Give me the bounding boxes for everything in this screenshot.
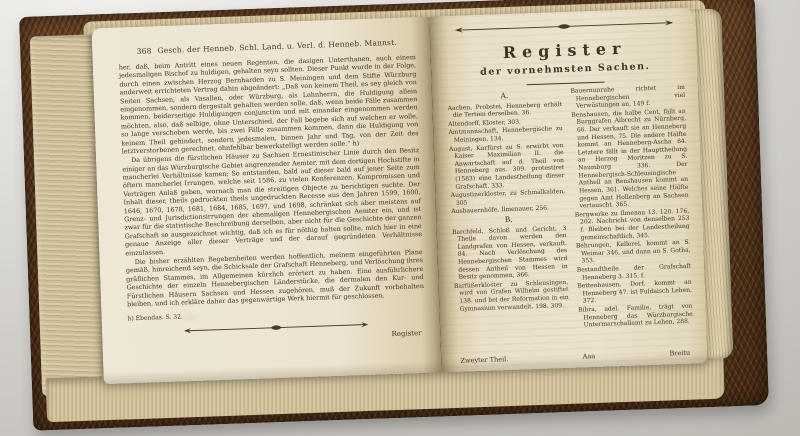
register-column-left: A. Aachen, Probstei, Henneberg erhält di… [447, 88, 570, 354]
page-number: 368 [137, 46, 152, 56]
register-title: Register [445, 37, 683, 64]
signature-mark: Aaa [583, 352, 596, 360]
register-entry: Behrungen, Kellerei, kommt an S. Weimar … [576, 239, 691, 266]
paragraph: her, daß, beim Antritt eines neuen Regen… [119, 53, 419, 156]
footnote: h) Ebendas. S. 32. [127, 305, 424, 322]
register-entry: Bibra, adel. Familie, trägt von Henneber… [578, 303, 693, 330]
register-entry: August, Kurfürst zu S. erwirbt von Kaise… [449, 142, 565, 192]
swelled-rule-icon [454, 18, 673, 35]
register-entry: Bergwerke zu Ilmenau 13. 120. 176, 202. … [575, 207, 690, 241]
register-entry: Barchfeld, Schloß und Gericht, 3 Theile … [452, 225, 568, 282]
register-entry: Bettenhausen, Dorf, kommt an Henneberg 4… [577, 279, 692, 306]
catchword: Breitu [669, 349, 690, 358]
signature-title: Zweyter Theil. [460, 355, 508, 365]
photo-background: 368Gesch. der Henneb. Schl. Land. u. Ver… [0, 0, 800, 436]
left-page-body: her, daß, beim Antritt eines neuen Regen… [119, 53, 425, 309]
open-book: 368Gesch. der Henneb. Schl. Land. u. Ver… [19, 0, 769, 431]
register-entry: Bauernunruhe richtet im Hennebergischen … [570, 84, 685, 111]
running-header-title: Gesch. der Henneb. Schl. Land. u. Verl. … [157, 38, 397, 55]
title-divider [527, 82, 605, 86]
paragraph: Die bisher erzählten Begebenheiten werde… [125, 248, 424, 309]
paragraph: Da übrigens die fürstlichen Häuser zu Sa… [122, 146, 423, 257]
left-page: 368Gesch. der Henneb. Schl. Land. u. Ver… [91, 17, 441, 385]
register-columns: A. Aachen, Probstei, Henneberg erhält di… [447, 84, 694, 354]
register-column-right: Bauernunruhe richtet im Hennebergischen … [570, 84, 693, 350]
right-page: Register der vornehmsten Sachen. A. Aach… [429, 7, 707, 372]
open-spread: 368Gesch. der Henneb. Schl. Land. u. Ver… [91, 7, 707, 384]
register-entry: Benshausen, die halbe Cent, fällt an Bur… [571, 108, 689, 211]
running-header: 368Gesch. der Henneb. Schl. Land. u. Ver… [118, 37, 415, 56]
register-entry: Barfüßerkloster zu Schleusingen, wird vo… [454, 279, 569, 313]
